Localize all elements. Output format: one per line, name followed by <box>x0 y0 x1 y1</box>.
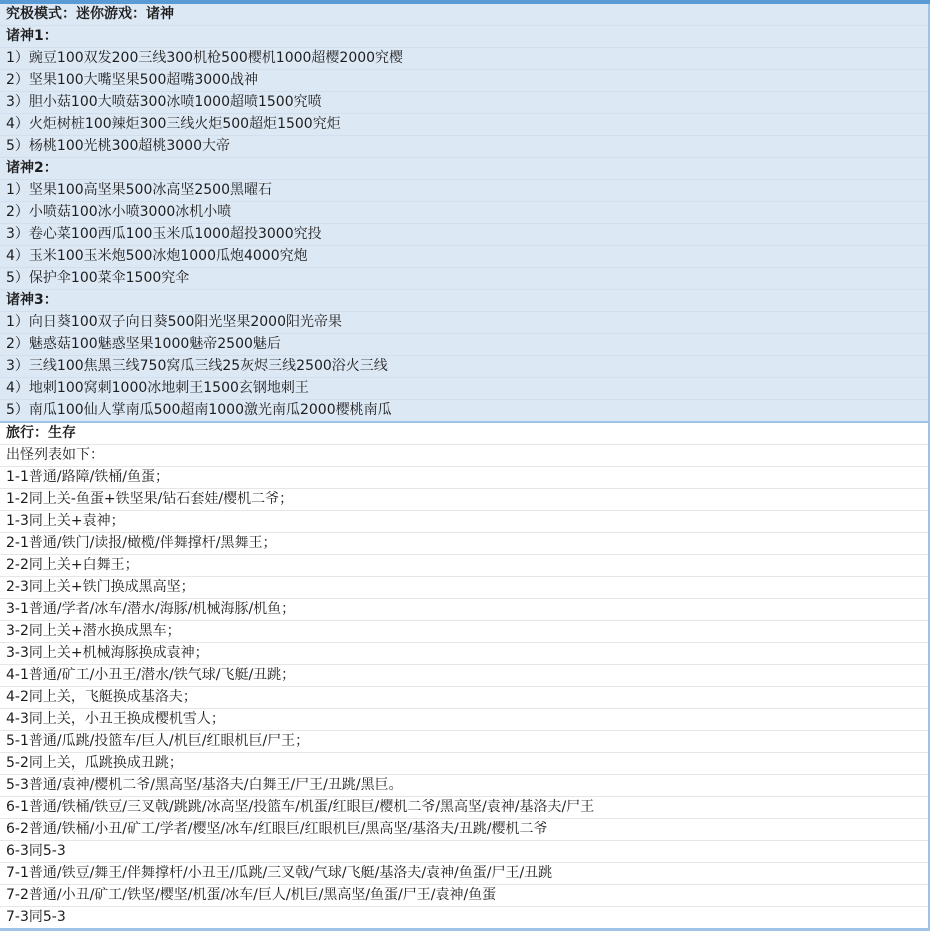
level-row: 2-2同上关+白舞王； <box>0 555 928 577</box>
list-item: 2）坚果100大嘴坚果500超嘴3000战神 <box>0 70 928 92</box>
level-row: 5-3普通/袁神/樱机二爷/黑高坚/基洛夫/白舞王/尸王/丑跳/黑巨。 <box>0 775 928 797</box>
level-row: 3-3同上关+机械海豚换成袁神； <box>0 643 928 665</box>
list-item: 5）保护伞100菜伞1500究伞 <box>0 268 928 290</box>
list-item: 3）胆小菇100大喷菇300冰喷1000超喷1500究喷 <box>0 92 928 114</box>
level-row: 3-2同上关+潜水换成黑车； <box>0 621 928 643</box>
level-row: 6-2普通/铁桶/小丑/矿工/学者/樱坚/冰车/红眼巨/红眼机巨/黑高坚/基洛夫… <box>0 819 928 841</box>
list-item: 3）卷心菜100西瓜100玉米瓜1000超投3000究投 <box>0 224 928 246</box>
list-item: 1）豌豆100双发200三线300机枪500樱机1000超樱2000究樱 <box>0 48 928 70</box>
list-item: 2）小喷菇100冰小喷3000冰机小喷 <box>0 202 928 224</box>
section-title: 旅行：生存 <box>0 423 928 445</box>
level-row: 3-1普通/学者/冰车/潜水/海豚/机械海豚/机鱼； <box>0 599 928 621</box>
list-item: 4）火炬树桩100辣炬300三线火炬500超炬1500究炬 <box>0 114 928 136</box>
list-item: 2）魅惑菇100魅惑坚果1000魅帝2500魅后 <box>0 334 928 356</box>
list-item: 1）坚果100高坚果500冰高坚2500黑曜石 <box>0 180 928 202</box>
level-row: 1-2同上关-鱼蛋+铁坚果/钻石套娃/樱机二爷； <box>0 489 928 511</box>
ultimate-mode-section: 究极模式：迷你游戏：诸神 诸神1： 1）豌豆100双发200三线300机枪500… <box>0 4 928 423</box>
level-row: 6-3同5-3 <box>0 841 928 863</box>
list-item: 5）杨桃100光桃300超桃3000大帝 <box>0 136 928 158</box>
list-item: 3）三线100焦黑三线750窝瓜三线25灰烬三线2500浴火三线 <box>0 356 928 378</box>
level-row: 7-1普通/铁豆/舞王/伴舞撑杆/小丑王/瓜跳/三叉戟/气球/飞艇/基洛夫/袁神… <box>0 863 928 885</box>
intro-text: 出怪列表如下： <box>0 445 928 467</box>
group-heading: 诸神3： <box>0 290 928 312</box>
level-row: 6-1普通/铁桶/铁豆/三叉戟/跳跳/冰高坚/投篮车/机蛋/红眼巨/樱机二爷/黑… <box>0 797 928 819</box>
level-row: 2-1普通/铁门/读报/橄榄/伴舞撑杆/黑舞王； <box>0 533 928 555</box>
level-row: 4-2同上关，飞艇换成基洛夫； <box>0 687 928 709</box>
level-row: 1-1普通/路障/铁桶/鱼蛋； <box>0 467 928 489</box>
section-title: 究极模式：迷你游戏：诸神 <box>0 4 928 26</box>
group-heading: 诸神1： <box>0 26 928 48</box>
level-row: 5-2同上关，瓜跳换成丑跳； <box>0 753 928 775</box>
level-row: 7-2普通/小丑/矿工/铁坚/樱坚/机蛋/冰车/巨人/机巨/黑高坚/鱼蛋/尸王/… <box>0 885 928 907</box>
list-item: 1）向日葵100双子向日葵500阳光坚果2000阳光帝果 <box>0 312 928 334</box>
list-item: 4）玉米100玉米炮500冰炮1000瓜炮4000究炮 <box>0 246 928 268</box>
level-row: 5-1普通/瓜跳/投篮车/巨人/机巨/红眼机巨/尸王； <box>0 731 928 753</box>
list-item: 5）南瓜100仙人掌南瓜500超南1000激光南瓜2000樱桃南瓜 <box>0 400 928 421</box>
document-table: 究极模式：迷你游戏：诸神 诸神1： 1）豌豆100双发200三线300机枪500… <box>0 4 930 931</box>
group-heading: 诸神2： <box>0 158 928 180</box>
level-row: 4-3同上关，小丑王换成樱机雪人； <box>0 709 928 731</box>
level-row: 2-3同上关+铁门换成黑高坚； <box>0 577 928 599</box>
level-row: 7-3同5-3 <box>0 907 928 928</box>
travel-survival-section: 旅行：生存 出怪列表如下： 1-1普通/路障/铁桶/鱼蛋； 1-2同上关-鱼蛋+… <box>0 423 928 931</box>
level-row: 4-1普通/矿工/小丑王/潜水/铁气球/飞艇/丑跳； <box>0 665 928 687</box>
list-item: 4）地刺100窝刺1000冰地刺王1500玄钢地刺王 <box>0 378 928 400</box>
level-row: 1-3同上关+袁神； <box>0 511 928 533</box>
